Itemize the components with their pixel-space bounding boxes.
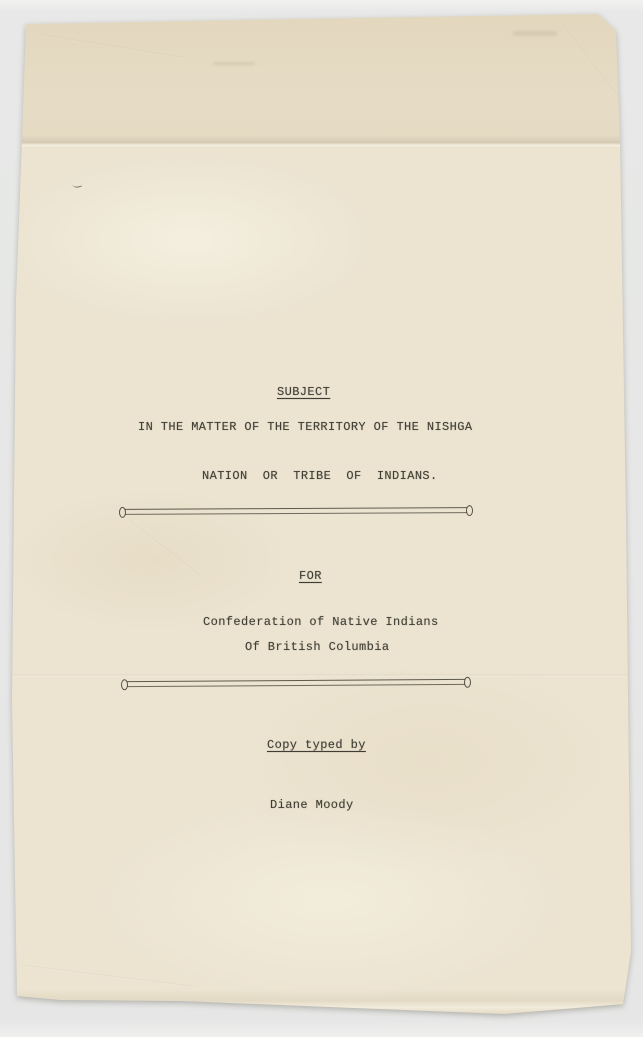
document-page: SUBJECT IN THE MATTER OF THE TERRITORY O…: [0, 0, 643, 1037]
wrinkle-crease-bottom-left: [21, 964, 195, 987]
typed-divider-rule-bottom: [121, 677, 471, 689]
rule-end-ornament-right: [464, 676, 471, 687]
scanned-document-background: SUBJECT IN THE MATTER OF THE TERRITORY O…: [0, 0, 643, 1037]
subject-line-1: IN THE MATTER OF THE TERRITORY OF THE NI…: [138, 420, 472, 434]
rule-double-line: [125, 507, 467, 515]
paper-shadow-wrapper: SUBJECT IN THE MATTER OF THE TERRITORY O…: [0, 0, 643, 1037]
typed-divider-rule-top: [119, 505, 473, 517]
pencil-check-mark: [71, 179, 82, 189]
wrinkle-crease-left: [127, 519, 203, 579]
typist-name: Diane Moody: [270, 798, 354, 812]
for-heading: FOR: [299, 569, 322, 583]
subject-line-2: NATION OR TRIBE OF INDIANS.: [202, 469, 438, 483]
copy-typed-by-heading: Copy typed by: [267, 738, 366, 752]
fold-crease-bottom-band: [10, 989, 633, 1015]
pencil-smudge-top-right: [513, 31, 557, 36]
rule-end-ornament-right: [466, 505, 473, 516]
rule-double-line: [127, 679, 465, 687]
fold-crease-middle: [0, 674, 643, 677]
subject-heading: SUBJECT: [277, 385, 330, 399]
fold-crease-top-band: [0, 0, 643, 147]
pencil-smudge-top-center: [213, 62, 255, 65]
for-line-1: Confederation of Native Indians: [203, 615, 439, 629]
for-line-2: Of British Columbia: [245, 640, 389, 654]
